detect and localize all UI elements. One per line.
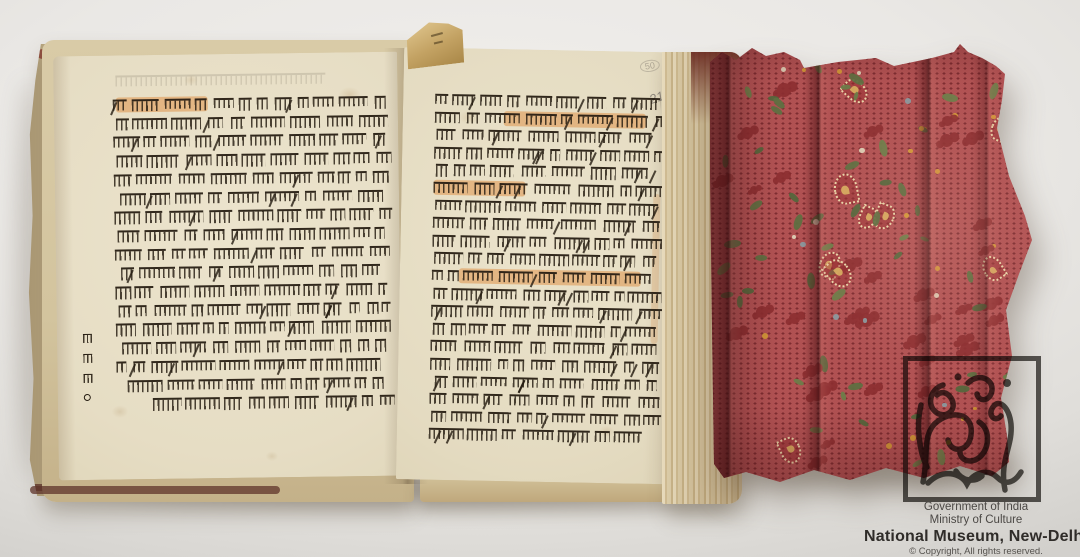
script-word-block: [521, 166, 546, 177]
ink-show-through: [115, 73, 325, 87]
script-word-block: [614, 291, 625, 301]
script-word-block: [122, 342, 151, 354]
script-word-block: [261, 378, 285, 389]
script-word-block: [132, 99, 159, 111]
script-word-block: [114, 174, 132, 186]
script-word-block: [432, 235, 455, 247]
margin-annotation: [83, 334, 96, 401]
script-word-block: [327, 358, 342, 371]
manuscript-text-line: [430, 358, 662, 375]
script-word-block: [354, 152, 370, 163]
script-word-block: [526, 113, 557, 125]
tab-ink-mark: [430, 32, 442, 37]
script-word-block: [251, 116, 286, 128]
museum-title: National Museum, New-Delhi: [858, 528, 1080, 545]
script-word-block: [578, 185, 613, 198]
script-word-block: [283, 265, 314, 276]
script-word-block: [430, 340, 456, 351]
script-word-block: [457, 358, 491, 371]
script-word-block: [177, 323, 200, 335]
script-word-block: [481, 376, 507, 386]
manuscript-text-line: [434, 287, 662, 304]
script-word-block: [139, 267, 174, 279]
script-word-block: [563, 395, 574, 406]
script-word-block: [638, 397, 659, 408]
script-word-block: [434, 252, 463, 264]
script-word-block: [463, 270, 494, 280]
museum-watermark-text: Government of India Ministry of Culture …: [858, 501, 1080, 557]
danda-stroke: [649, 171, 656, 184]
script-word-block: [613, 432, 642, 443]
script-word-block: [136, 174, 172, 185]
script-word-block: [433, 182, 468, 194]
copyright-line: © Copyright, All rights reserved.: [858, 546, 1080, 557]
paisley-center: [1017, 163, 1025, 172]
script-word-block: [591, 167, 616, 180]
script-word-block: [624, 150, 649, 162]
script-word-block: [432, 270, 443, 281]
script-word-block: [208, 192, 222, 203]
script-word-block: [150, 192, 170, 205]
script-word-block: [347, 358, 381, 371]
script-word-block: [120, 193, 146, 206]
script-word-block: [536, 395, 559, 406]
margin-glyph: [83, 374, 92, 383]
script-word-block: [566, 131, 595, 142]
script-word-block: [116, 324, 136, 337]
script-word-block: [526, 96, 552, 107]
leaf-motif: [1012, 128, 1018, 138]
bookmark-tab: [402, 19, 467, 70]
script-word-block: [115, 286, 131, 299]
script-word-block: [451, 411, 482, 422]
flower-motif: [1011, 96, 1019, 104]
script-word-block: [556, 96, 579, 109]
script-word-block: [487, 253, 504, 264]
script-word-block: [526, 219, 554, 229]
manuscript-text-line: [433, 323, 656, 340]
manuscript-text-line: [116, 152, 391, 169]
script-word-block: [434, 147, 462, 160]
script-word-block: [452, 393, 478, 404]
script-word-block: [203, 323, 214, 334]
logo-line-art: [908, 361, 1036, 497]
national-museum-logo: [903, 356, 1041, 502]
script-word-block: [578, 114, 613, 124]
script-word-block: [480, 95, 503, 107]
script-word-block: [264, 284, 300, 296]
script-word-block: [563, 272, 586, 283]
script-word-block: [143, 323, 172, 336]
script-word-block: [607, 203, 626, 215]
script-word-block: [468, 323, 487, 333]
script-word-block: [639, 309, 663, 319]
script-word-block: [230, 285, 259, 296]
script-word-block: [340, 339, 351, 352]
manuscript-text-line: [113, 96, 391, 113]
script-word-block: [219, 360, 249, 371]
script-word-block: [591, 273, 620, 284]
script-word-block: [498, 359, 509, 369]
script-word-block: [133, 361, 145, 373]
script-word-block: [573, 290, 588, 302]
script-word-block: [552, 166, 585, 176]
script-word-block: [333, 152, 350, 164]
script-word-block: [255, 247, 274, 259]
script-word-block: [207, 304, 240, 316]
script-word-block: [153, 398, 182, 411]
script-word-block: [116, 118, 129, 131]
script-word-block: [341, 265, 357, 278]
script-word-block: [209, 210, 232, 223]
manuscript-text-line: [431, 411, 661, 428]
script-word-block: [467, 306, 493, 317]
script-word-block: [194, 98, 206, 110]
pencil-circled-number: 50: [639, 58, 661, 73]
script-word-block: [429, 393, 447, 404]
script-word-block: [433, 217, 465, 228]
script-word-block: [505, 201, 536, 212]
script-word-block: [523, 430, 553, 441]
script-word-block: [487, 288, 517, 299]
manuscript-text-line: [434, 375, 657, 392]
script-word-block: [538, 325, 572, 336]
script-word-block: [217, 154, 237, 166]
script-word-block: [171, 117, 201, 129]
script-word-block: [464, 341, 490, 352]
script-word-block: [310, 358, 323, 371]
script-word-block: [467, 112, 480, 124]
script-word-block: [338, 171, 350, 183]
script-word-block: [460, 235, 489, 248]
script-word-block: [574, 343, 605, 354]
script-word-block: [643, 256, 657, 267]
script-word-block: [523, 289, 541, 301]
script-word-block: [291, 377, 302, 389]
script-word-block: [595, 431, 610, 442]
script-word-block: [466, 147, 482, 159]
script-word-block: [327, 115, 353, 127]
script-word-block: [114, 211, 140, 224]
script-word-block: [189, 248, 208, 259]
script-word-block: [185, 397, 220, 409]
script-word-block: [528, 131, 558, 142]
script-word-block: [552, 413, 585, 423]
script-word-block: [305, 153, 329, 165]
manuscript-text-line: [437, 129, 662, 146]
leaf-motif: [1007, 84, 1015, 96]
script-word-block: [303, 284, 321, 296]
script-word-block: [431, 411, 446, 422]
manuscript-text-line: [434, 147, 666, 164]
script-word-block: [156, 342, 176, 354]
script-word-block: [250, 135, 283, 146]
script-word-block: [116, 361, 127, 372]
script-word-block: [235, 322, 266, 334]
script-word-block: [277, 209, 301, 222]
script-word-block: [358, 189, 384, 202]
margin-glyph: [83, 354, 92, 363]
script-word-block: [487, 148, 514, 158]
script-word-block: [322, 321, 351, 334]
script-word-block: [643, 415, 661, 425]
manuscript-text-line: [432, 235, 662, 252]
script-word-block: [154, 304, 187, 316]
script-word-block: [494, 341, 523, 353]
script-word-block: [502, 429, 516, 439]
script-word-block: [330, 209, 345, 221]
manuscript-text-line: [433, 217, 661, 234]
script-word-block: [310, 340, 335, 351]
margin-glyph: [83, 334, 92, 343]
script-word-block: [312, 97, 333, 108]
script-word-block: [533, 307, 546, 319]
script-word-block: [465, 200, 501, 213]
script-word-block: [342, 133, 366, 143]
script-word-block: [561, 219, 596, 230]
script-word-block: [227, 378, 255, 390]
script-word-block: [367, 302, 378, 314]
script-word-block: [493, 218, 520, 230]
paisley-motif: [1008, 153, 1032, 182]
script-word-block: [339, 96, 369, 107]
script-word-block: [289, 228, 315, 240]
script-word-block: [603, 255, 616, 267]
script-word-block: [542, 201, 566, 213]
script-word-block: [499, 183, 528, 194]
script-word-block: [613, 97, 626, 108]
script-word-block: [643, 221, 660, 232]
script-word-block: [624, 414, 640, 426]
script-word-block: [118, 305, 132, 317]
script-word-block: [146, 155, 178, 168]
script-word-block: [332, 246, 364, 257]
script-word-block: [469, 218, 487, 231]
script-word-block: [323, 190, 352, 201]
manuscript-text-line: [116, 358, 391, 375]
script-word-block: [448, 270, 459, 281]
script-word-block: [572, 255, 600, 266]
script-word-block: [624, 326, 656, 337]
manuscript-text-line: [435, 94, 667, 111]
manuscript-text-line: [431, 305, 663, 322]
script-word-block: [513, 377, 538, 388]
script-word-block: [500, 306, 528, 317]
script-word-block: [467, 429, 497, 441]
script-word-block: [509, 394, 530, 405]
script-word-block: [270, 153, 299, 165]
tab-ink-mark: [434, 41, 443, 44]
script-word-block: [550, 149, 561, 161]
ministry-line: Ministry of Culture: [858, 514, 1080, 527]
script-word-block: [175, 192, 203, 204]
script-word-block: [590, 414, 618, 425]
cover-bottom-line: [30, 486, 280, 494]
script-word-block: [470, 165, 485, 176]
script-word-block: [559, 378, 584, 389]
script-word-block: [434, 287, 448, 299]
script-word-block: [430, 358, 450, 370]
leaf-motif: [1008, 152, 1025, 164]
script-word-block: [249, 397, 265, 409]
script-word-block: [270, 322, 284, 332]
script-word-block: [437, 129, 455, 141]
script-word-block: [319, 134, 338, 146]
script-word-block: [613, 238, 624, 248]
script-word-block: [535, 184, 571, 194]
script-word-block: [362, 264, 381, 275]
script-word-block: [148, 248, 165, 259]
script-word-block: [474, 183, 494, 196]
script-word-block: [576, 325, 605, 338]
script-word-block: [362, 395, 373, 406]
script-word-block: [229, 266, 254, 278]
manuscript-text-line: [118, 301, 391, 318]
script-word-block: [239, 98, 252, 111]
script-word-block: [358, 339, 369, 351]
script-word-block: [298, 97, 309, 108]
script-word-block: [594, 238, 609, 250]
script-word-block: [435, 94, 449, 104]
script-word-block: [604, 220, 636, 232]
manuscript-left-page: [53, 52, 403, 481]
script-word-block: [224, 397, 242, 410]
script-word-block: [592, 290, 610, 301]
script-word-block: [488, 412, 511, 424]
script-word-block: [435, 199, 462, 210]
script-word-block: [349, 302, 360, 313]
script-word-block: [169, 211, 203, 223]
manuscript-text-line: [435, 111, 665, 128]
manuscript-text-line: [121, 264, 394, 281]
script-word-block: [179, 267, 202, 279]
manuscript-text-line: [128, 376, 384, 393]
script-word-block: [269, 396, 289, 408]
script-word-block: [517, 412, 533, 422]
script-word-block: [485, 112, 520, 123]
script-word-block: [346, 283, 372, 295]
script-word-block: [353, 227, 371, 237]
script-word-block: [231, 116, 245, 128]
script-word-block: [218, 135, 246, 146]
script-word-block: [143, 136, 156, 147]
script-word-block: [531, 360, 556, 371]
script-word-block: [375, 227, 385, 239]
script-word-block: [539, 272, 558, 284]
script-word-block: [116, 155, 143, 167]
script-word-block: [132, 118, 167, 130]
script-word-block: [554, 342, 571, 353]
script-word-block: [257, 97, 268, 110]
script-word-block: [191, 304, 203, 317]
script-word-block: [452, 376, 477, 388]
script-word-block: [145, 211, 162, 223]
script-word-block: [298, 302, 320, 314]
government-line: Government of India: [858, 501, 1080, 514]
script-word-block: [207, 117, 223, 129]
script-word-block: [115, 249, 142, 261]
script-word-block: [144, 230, 177, 242]
script-word-block: [620, 185, 631, 196]
script-word-block: [512, 324, 530, 334]
script-word-block: [203, 229, 225, 240]
manuscript-text-line: [435, 199, 665, 216]
script-word-block: [184, 229, 197, 241]
script-word-block: [117, 230, 139, 242]
script-word-block: [194, 285, 225, 297]
script-word-block: [280, 247, 305, 260]
script-word-block: [429, 428, 465, 439]
script-word-block: [539, 254, 569, 267]
script-word-block: [570, 202, 601, 214]
script-word-block: [178, 173, 204, 184]
script-word-block: [490, 165, 514, 177]
script-word-block: [566, 149, 594, 161]
script-word-block: [647, 379, 657, 391]
manuscript-right-page: 50 21: [396, 47, 704, 485]
script-word-block: [167, 379, 194, 390]
script-word-block: [239, 210, 273, 222]
script-word-block: [318, 171, 336, 182]
manuscript-text-line: [153, 395, 395, 411]
script-word-block: [356, 171, 367, 182]
manuscript-text-line: [115, 245, 390, 262]
script-word-block: [160, 136, 189, 147]
script-word-block: [436, 164, 448, 176]
script-word-block: [218, 322, 229, 334]
script-word-block: [151, 361, 178, 373]
script-word-block: [349, 208, 373, 220]
script-word-block: [198, 379, 222, 390]
script-word-block: [311, 246, 326, 256]
script-word-block: [587, 97, 606, 109]
manuscript-text-line: [434, 252, 664, 269]
script-word-block: [228, 191, 259, 203]
script-word-block: [181, 360, 215, 371]
script-word-block: [267, 228, 284, 241]
script-word-block: [543, 377, 554, 388]
script-word-block: [180, 341, 206, 352]
script-word-block: [285, 340, 307, 351]
script-word-block: [529, 236, 546, 247]
script-word-block: [600, 150, 619, 161]
script-word-block: [128, 379, 163, 392]
script-word-block: [267, 340, 281, 353]
script-word-block: [355, 377, 367, 389]
script-word-block: [305, 190, 315, 200]
script-word-block: [172, 248, 186, 259]
script-word-block: [573, 308, 593, 318]
script-word-block: [160, 286, 189, 299]
script-word-block: [165, 99, 190, 109]
script-word-block: [552, 307, 570, 318]
script-word-block: [195, 136, 212, 147]
script-word-block: [214, 247, 249, 258]
script-word-block: [507, 95, 520, 107]
manuscript-text-line: [114, 171, 389, 188]
manuscript-text-line: [116, 320, 394, 337]
script-word-block: [289, 134, 315, 146]
manuscript-text-line: [114, 208, 392, 225]
manuscript-text-line: [433, 182, 663, 199]
manuscript-text-line: [429, 393, 659, 410]
manuscript-text-line: [429, 428, 643, 445]
script-word-block: [625, 379, 640, 389]
manuscript-text-line: [436, 164, 659, 181]
script-word-block: [295, 396, 319, 409]
script-word-block: [592, 378, 620, 390]
script-word-block: [513, 359, 524, 371]
